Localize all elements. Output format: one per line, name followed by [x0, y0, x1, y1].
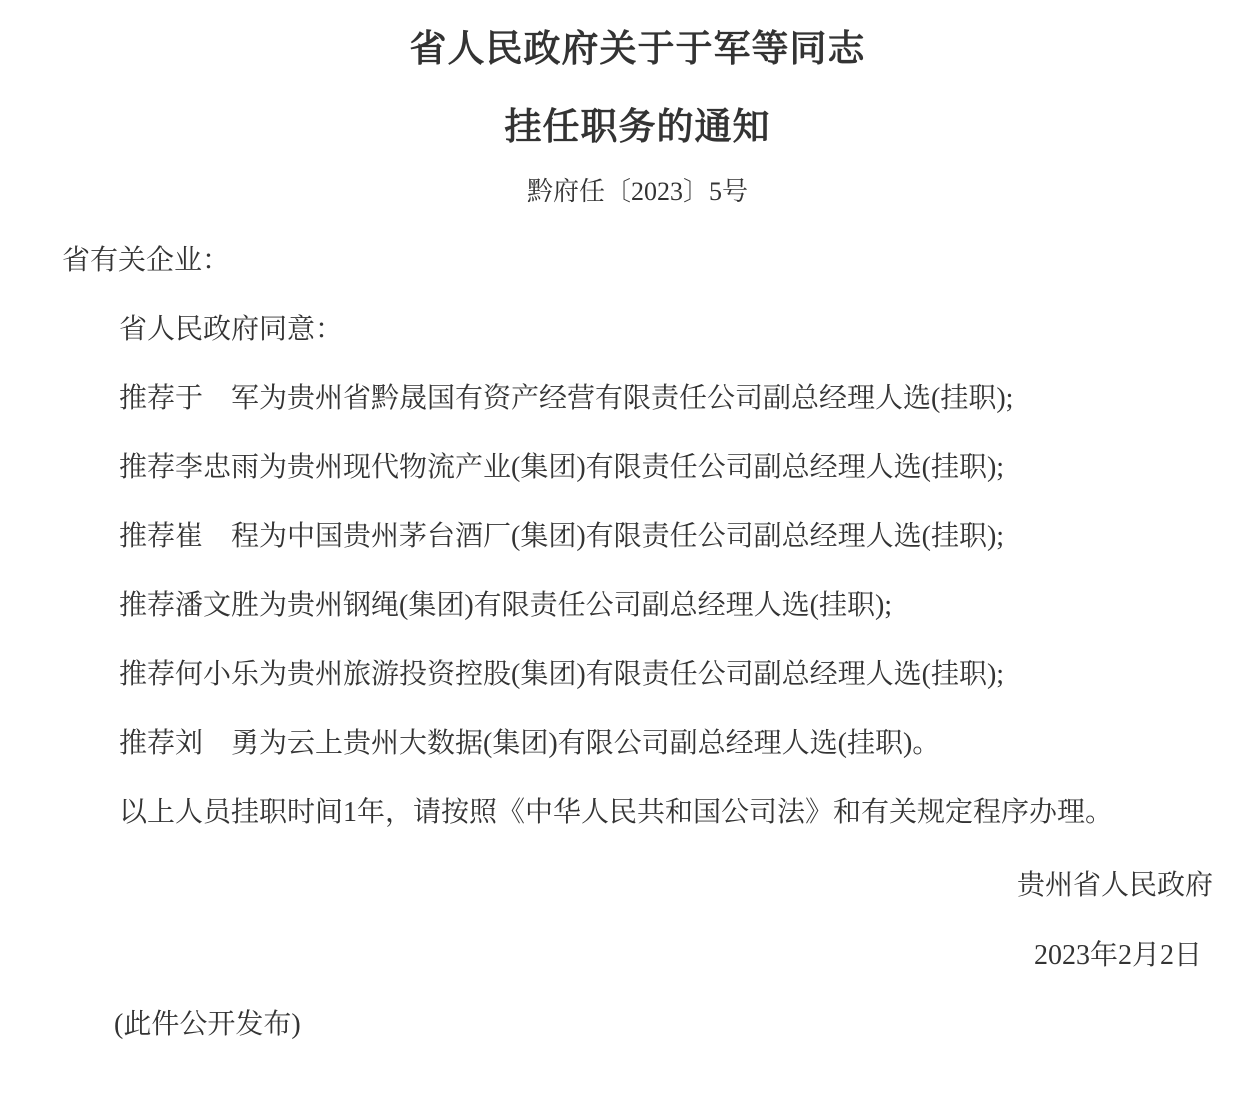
- body-paragraph: 推荐于 军为贵州省黔晟国有资产经营有限责任公司副总经理人选(挂职);: [62, 382, 1213, 416]
- addressee: 省有关企业：: [62, 244, 1213, 278]
- issue-date: 2023年2月2日: [62, 939, 1213, 973]
- body-paragraph: 推荐崔 程为中国贵州茅台酒厂(集团)有限责任公司副总经理人选(挂职);: [62, 520, 1213, 554]
- document-title-line2: 挂任职务的通知: [62, 108, 1213, 145]
- public-release-note: (此件公开发布): [62, 1008, 1213, 1042]
- body-paragraph: 推荐潘文胜为贵州钢绳(集团)有限责任公司副总经理人选(挂职);: [62, 589, 1213, 623]
- body-paragraph: 推荐何小乐为贵州旅游投资控股(集团)有限责任公司副总经理人选(挂职);: [62, 658, 1213, 692]
- issuing-authority-signature: 贵州省人民政府: [62, 869, 1213, 903]
- body-paragraph: 以上人员挂职时间1年，请按照《中华人民共和国公司法》和有关规定程序办理。: [62, 796, 1213, 830]
- document-number: 黔府任〔2023〕5号: [62, 178, 1213, 207]
- document-title-line1: 省人民政府关于于军等同志: [62, 30, 1213, 67]
- body-paragraph: 省人民政府同意：: [62, 313, 1213, 347]
- body-paragraph: 推荐刘 勇为云上贵州大数据(集团)有限公司副总经理人选(挂职)。: [62, 727, 1213, 761]
- government-notice-document: 省人民政府关于于军等同志 挂任职务的通知 黔府任〔2023〕5号 省有关企业： …: [0, 0, 1258, 1114]
- body-paragraph: 推荐李忠雨为贵州现代物流产业(集团)有限责任公司副总经理人选(挂职);: [62, 451, 1213, 485]
